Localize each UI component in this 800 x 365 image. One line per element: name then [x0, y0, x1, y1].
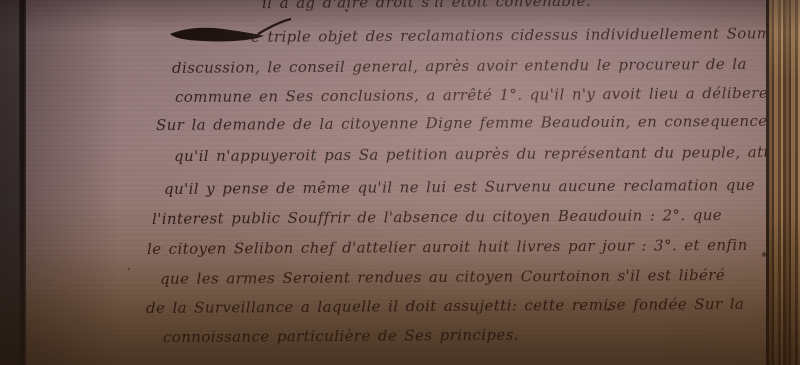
- paper-speck: [345, 9, 348, 12]
- manuscript-line: que les armes Seroient rendues au citoye…: [160, 266, 725, 289]
- manuscript-page: il a ag d'aire droit s'il etoit convenab…: [26, 0, 768, 365]
- manuscript-line: le citoyen Selibon chef d'attelier auroi…: [147, 236, 748, 259]
- paper-speck: [128, 268, 130, 270]
- manuscript-photo: il a ag d'aire droit s'il etoit convenab…: [0, 0, 800, 365]
- manuscript-line: il a ag d'aire droit s'il etoit convenab…: [262, 0, 591, 13]
- manuscript-line: connoissance particulière de Ses princip…: [163, 326, 519, 347]
- manuscript-line: qu'il y pense de même qu'il ne lui est S…: [164, 176, 755, 199]
- manuscript-line: e triple objet des reclamations cidessus…: [251, 24, 800, 47]
- manuscript-line: qu'il n'appuyeroit pas Sa petition auprè…: [174, 143, 800, 166]
- manuscript-line: Sur la demande de la citoyenne Digne fem…: [156, 112, 768, 135]
- paper-speck: [607, 308, 610, 311]
- manuscript-line: l'interest public Souffrir de l'absence …: [152, 206, 722, 229]
- manuscript-line: commune en Ses conclusions, a arrêté 1°.…: [175, 84, 776, 107]
- manuscript-line: discussion, le conseil general, après av…: [172, 55, 747, 78]
- manuscript-line: de la Surveillance a laquelle il doit as…: [146, 295, 744, 318]
- fore-edge-pages: [766, 0, 800, 365]
- page-edge-line: [19, 0, 26, 365]
